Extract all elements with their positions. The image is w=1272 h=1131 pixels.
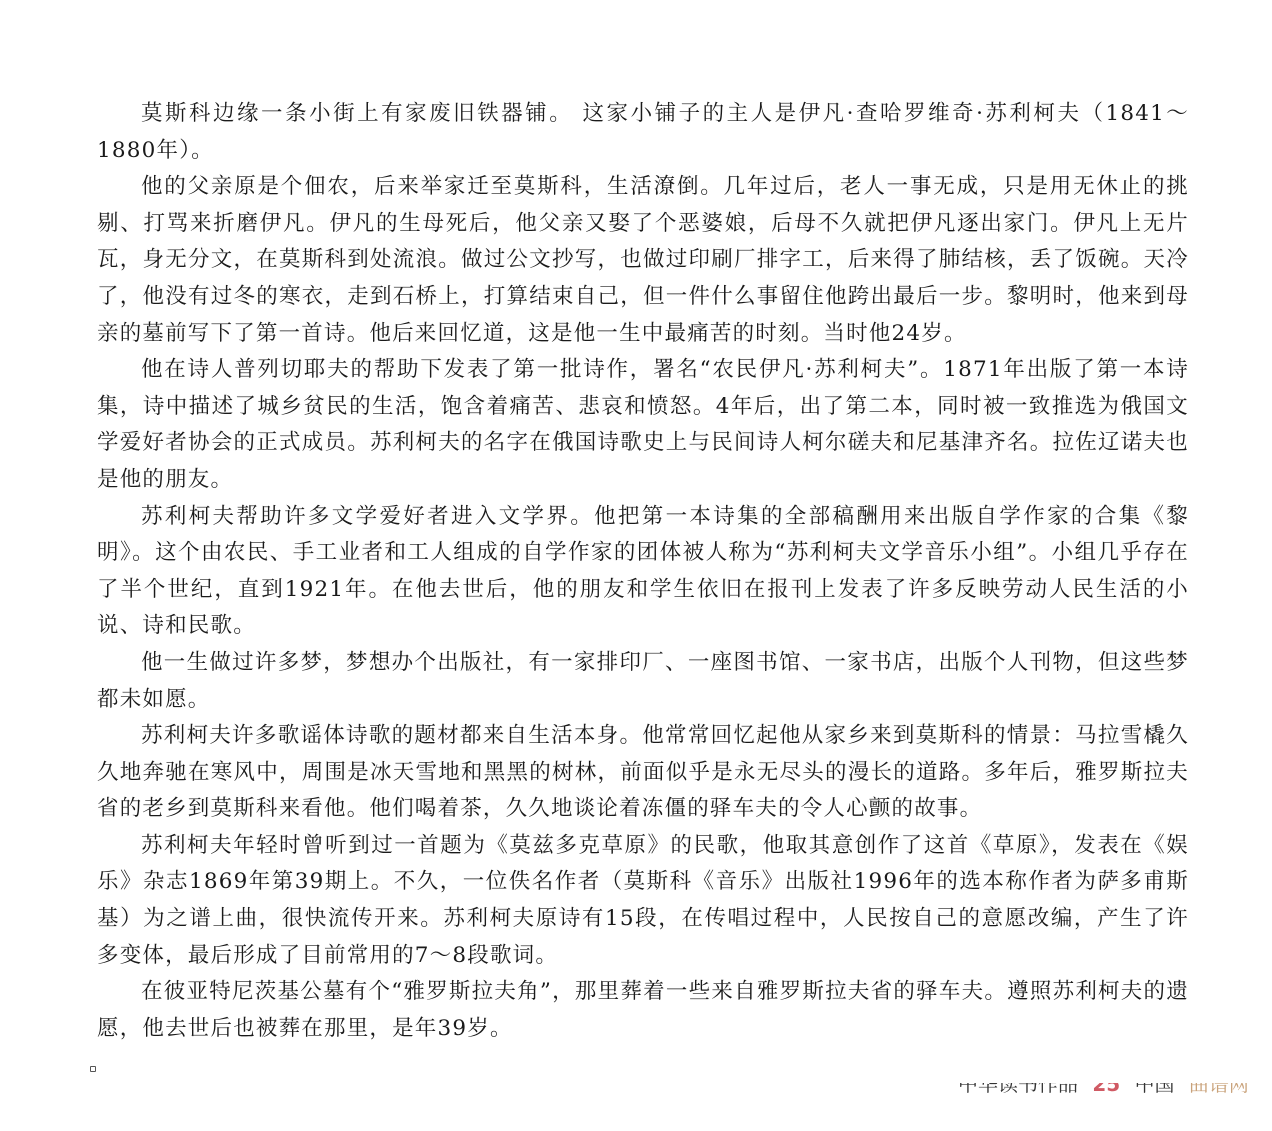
paragraph-3: 他在诗人普列切耶夫的帮助下发表了第一批诗作，署名“农民伊凡·苏利柯夫”。1871…: [97, 352, 1189, 498]
watermark-footer: 中华读书作品 25 中国 曲谱网: [958, 1083, 1257, 1095]
paragraph-4: 苏利柯夫帮助许多文学爱好者进入文学界。他把第一本诗集的全部稿酬用来出版自学作家的…: [97, 499, 1189, 645]
paragraph-2: 他的父亲原是个佃农，后来举家迁至莫斯科，生活潦倒。几年过后，老人一事无成，只是用…: [97, 169, 1189, 352]
document-body: 莫斯科边缘一条小街上有家废旧铁器铺。 这家小铺子的主人是伊凡·查哈罗维奇·苏利柯…: [97, 96, 1189, 1047]
scan-speck: [90, 1066, 96, 1072]
paragraph-6: 苏利柯夫许多歌谣体诗歌的题材都来自生活本身。他常常回忆起他从家乡来到莫斯科的情景…: [97, 718, 1189, 828]
paragraph-8: 在彼亚特尼茨基公墓有个“雅罗斯拉夫角”，那里葬着一些来自雅罗斯拉夫省的驿车夫。遵…: [97, 974, 1189, 1047]
watermark-text-tan: 曲谱网: [1189, 1083, 1249, 1094]
watermark-text-dark: 中华读书作品: [958, 1083, 1078, 1094]
watermark-text-black: 中国: [1135, 1083, 1175, 1094]
paragraph-7: 苏利柯夫年轻时曾听到过一首题为《莫兹多克草原》的民歌，他取其意创作了这首《草原》…: [97, 828, 1189, 974]
paragraph-5: 他一生做过许多梦，梦想办个出版社，有一家排印厂、一座图书馆、一家书店，出版个人刊…: [97, 645, 1189, 718]
watermark-text-red: 25: [1092, 1083, 1120, 1094]
paragraph-1: 莫斯科边缘一条小街上有家废旧铁器铺。 这家小铺子的主人是伊凡·查哈罗维奇·苏利柯…: [97, 96, 1189, 169]
